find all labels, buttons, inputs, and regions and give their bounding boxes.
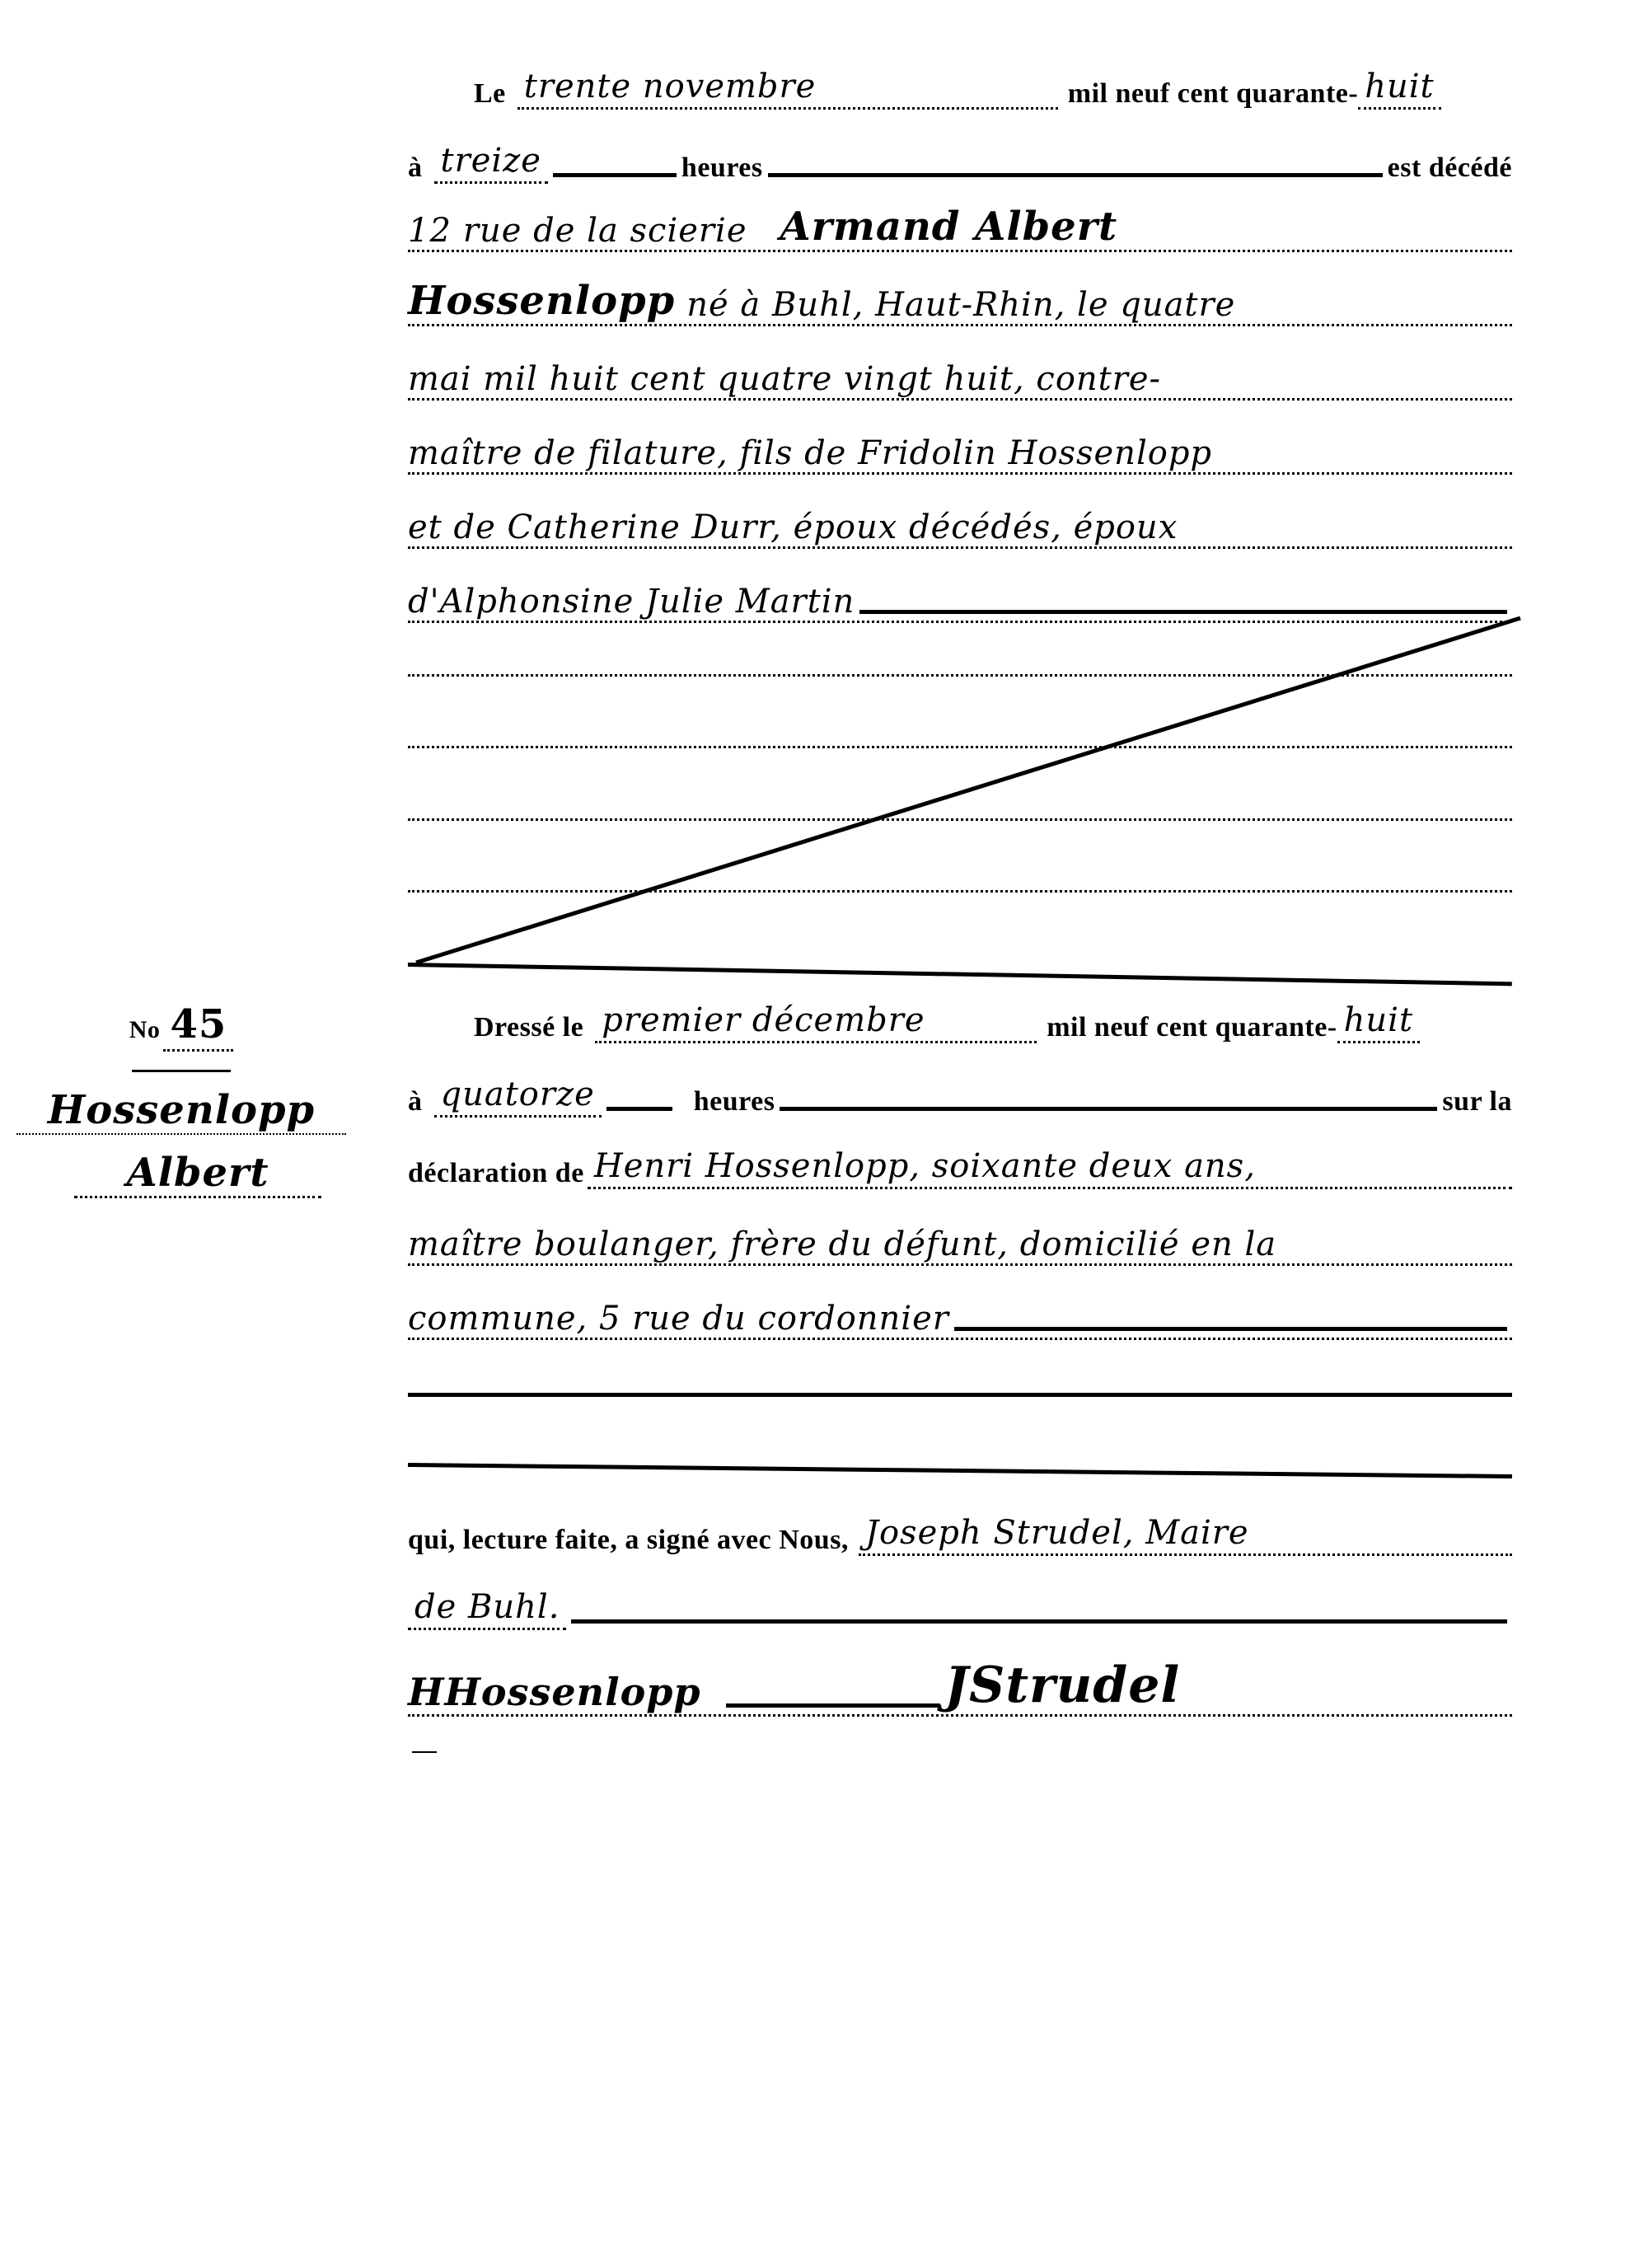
death-line-4: maître de filature, fils de Fridolin Hos… xyxy=(408,433,1512,475)
filler-line xyxy=(571,1619,1507,1624)
death-line-1: 12 rue de la scierie Armand Albert xyxy=(408,210,1512,252)
death-date-line: Le trente novembre mil neuf cent quarant… xyxy=(474,68,1512,110)
drawn-up-hour: quatorze xyxy=(434,1075,602,1118)
record-number: 45 xyxy=(163,1001,233,1052)
death-year-suffix: huit xyxy=(1358,68,1440,110)
blank-line xyxy=(408,746,1512,748)
officer-name: Joseph Strudel, Maire xyxy=(859,1514,1512,1556)
margin-surname: Hossenlopp xyxy=(16,1087,346,1135)
stray-mark xyxy=(412,1751,437,1753)
filler-line xyxy=(954,1327,1507,1331)
death-line-3: mai mil huit cent quatre vingt huit, con… xyxy=(408,358,1512,401)
death-line-5: et de Catherine Durr, époux décédés, épo… xyxy=(408,507,1512,549)
closing-line-2: de Buhl. xyxy=(408,1591,1512,1630)
mayor-signature: JStrudel xyxy=(945,1656,1181,1714)
address-number: 12 xyxy=(408,212,452,250)
declarant-address: commune, 5 rue du cordonnier xyxy=(408,1300,949,1338)
filler-line xyxy=(859,610,1507,614)
drawn-up-year-suffix: huit xyxy=(1337,1001,1420,1043)
deceased-surname: Hossenlopp xyxy=(408,278,675,324)
closing-line-1: qui, lecture faite, a signé avec Nous, J… xyxy=(408,1516,1512,1556)
a-label: à xyxy=(408,152,423,184)
filler-line xyxy=(606,1107,672,1111)
mother-spouse-line: et de Catherine Durr, époux décédés, épo… xyxy=(408,508,1178,546)
officer-commune: de Buhl. xyxy=(408,1588,566,1630)
declarant-signature: HHossenlopp xyxy=(408,1670,701,1714)
blank-line xyxy=(408,1463,1512,1478)
birth-date-profession: mai mil huit cent quatre vingt huit, con… xyxy=(408,360,1161,398)
le-label: Le xyxy=(474,78,506,110)
margin-annotation: No 45 Hossenlopp Albert xyxy=(16,1001,346,1198)
death-address: rue de la scierie xyxy=(463,212,747,250)
dresse-le-label: Dressé le xyxy=(474,1012,583,1043)
margin-given-name: Albert xyxy=(74,1150,321,1198)
heures-label: heures xyxy=(694,1086,775,1118)
filler-line xyxy=(726,1703,940,1708)
parents-line: maître de filature, fils de Fridolin Hos… xyxy=(408,434,1212,472)
drawn-up-hour-line: à quatorze heures sur la xyxy=(408,1075,1512,1118)
filler-line xyxy=(553,173,677,177)
spouse-name: d'Alphonsine Julie Martin xyxy=(408,583,855,621)
year-prefix: mil neuf cent quarante- xyxy=(1047,1012,1337,1043)
declarant-name: Henri Hossenlopp, soixante deux ans, xyxy=(588,1147,1512,1189)
year-prefix: mil neuf cent quarante- xyxy=(1068,78,1358,110)
record-number-label: No xyxy=(129,1016,161,1043)
filler-line xyxy=(768,173,1383,177)
a-label: à xyxy=(408,1086,423,1118)
death-date: trente novembre xyxy=(517,68,1058,110)
closing-rule xyxy=(408,963,1512,986)
deceased-first-names: Armand Albert xyxy=(780,204,1118,250)
closing-label: qui, lecture faite, a signé avec Nous, xyxy=(408,1525,849,1556)
death-line-6: d'Alphonsine Julie Martin xyxy=(408,581,1512,623)
blank-line xyxy=(408,890,1512,893)
est-decede-label: est décédé xyxy=(1388,152,1512,184)
signatures-line: HHossenlopp JStrudel xyxy=(408,1656,1512,1717)
declaration-line-1: déclaration de Henri Hossenlopp, soixant… xyxy=(408,1150,1512,1189)
declaration-line-3: commune, 5 rue du cordonnier xyxy=(408,1298,1512,1340)
drawn-up-date: premier décembre xyxy=(595,1001,1037,1043)
death-line-2: Hossenlopp né à Buhl, Haut-Rhin, le quat… xyxy=(408,284,1512,326)
heures-label: heures xyxy=(681,152,763,184)
drawn-up-date-line: Dressé le premier décembre mil neuf cent… xyxy=(474,1001,1512,1043)
declaration-line-2: maître boulanger, frère du défunt, domic… xyxy=(408,1224,1512,1266)
birth-place: né à Buhl, Haut-Rhin, le quatre xyxy=(686,286,1235,324)
declaration-label: déclaration de xyxy=(408,1158,584,1189)
sur-la-label: sur la xyxy=(1442,1086,1512,1118)
blank-line xyxy=(408,818,1512,821)
death-hour: treize xyxy=(434,142,548,184)
blank-line xyxy=(408,674,1512,677)
filler-line xyxy=(780,1107,1437,1111)
blank-line xyxy=(408,1393,1512,1397)
death-hour-line: à treize heures est décédé xyxy=(408,142,1512,184)
declarant-profession: maître boulanger, frère du défunt, domic… xyxy=(408,1225,1276,1263)
